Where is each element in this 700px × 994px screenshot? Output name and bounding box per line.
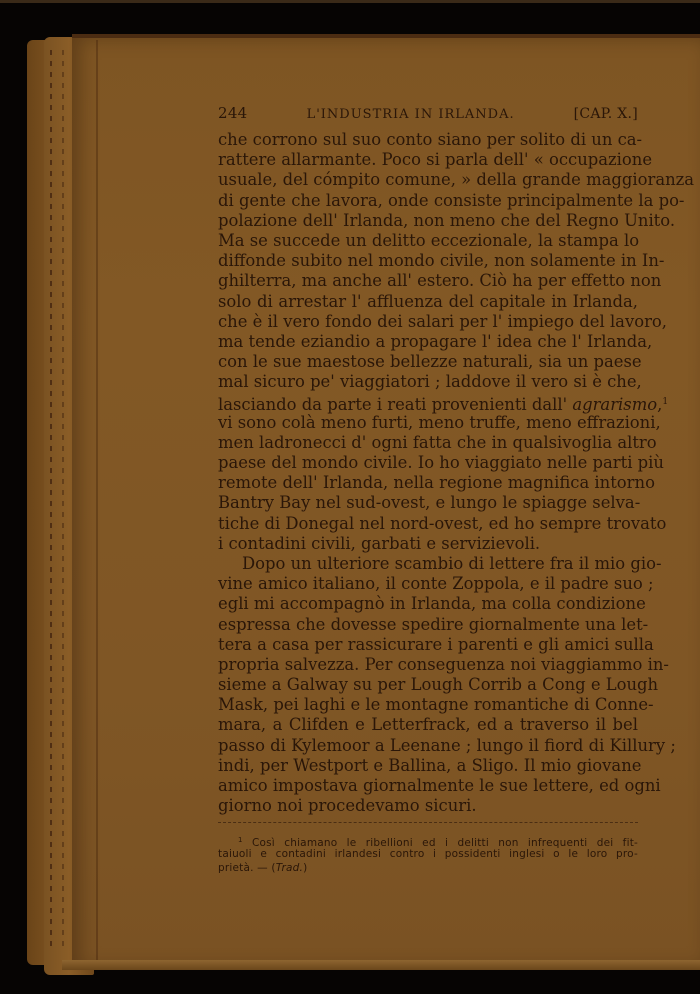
text-line: polazione dell' Irlanda, non meno che de… [218, 211, 638, 231]
text-line-with-italic: lasciando da parte i reati provenienti d… [218, 392, 638, 412]
text-line: Dopo un ulteriore scambio di lettere fra… [218, 554, 638, 574]
text-line: rattere allarmante. Poco si parla dell' … [218, 150, 638, 170]
text-line: Mask, pei laghi e le montagne romantiche… [218, 695, 638, 715]
text-line: che corrono sul suo conto siano per soli… [218, 130, 638, 150]
text-line: ma tende eziandio a propagare l' idea ch… [218, 332, 638, 352]
text-line: mara, a Clifden e Letterfrack, ed a trav… [218, 715, 638, 735]
running-title: L'INDUSTRIA IN IRLANDA. [307, 107, 515, 122]
text-line: sieme a Galway su per Lough Corrib a Con… [218, 675, 638, 695]
footnote-marker: 1 [238, 836, 243, 844]
text-fragment: lasciando da parte i reati provenienti d… [218, 395, 572, 414]
text-line: egli mi accompagnò in Irlanda, ma colla … [218, 594, 638, 614]
paragraph-2: Dopo un ulteriore scambio di lettere fra… [218, 554, 638, 816]
text-line: vine amico italiano, il conte Zoppola, e… [218, 574, 638, 594]
text-line: usuale, del cómpito comune, » della gran… [218, 170, 638, 190]
text-line: amico impostava giornalmente le sue lett… [218, 776, 638, 796]
page-number: 244 [218, 104, 248, 122]
top-strip [0, 0, 700, 3]
text-line: remote dell' Irlanda, nella regione magn… [218, 473, 638, 493]
footnote-line: taiuoli e contadini irlandesi contro i p… [218, 847, 638, 861]
text-line: giorno noi procedevamo sicuri. [218, 796, 638, 816]
text-block: 244 L'INDUSTRIA IN IRLANDA. [CAP. X.] ch… [218, 104, 638, 875]
edge-stain-line [50, 50, 52, 950]
footnote-reference[interactable]: 1 [662, 397, 668, 407]
footnote-line: prietà. — (Trad.) [218, 861, 638, 875]
footnote-text: ) [303, 862, 307, 874]
text-line: Bantry Bay nel sud-ovest, e lungo le spi… [218, 493, 638, 513]
text-line: tiche di Donegal nel nord-ovest, ed ho s… [218, 514, 638, 534]
text-line: di gente che lavora, onde consiste princ… [218, 191, 638, 211]
running-head: 244 L'INDUSTRIA IN IRLANDA. [CAP. X.] [218, 104, 638, 130]
paragraph-1: che corrono sul suo conto siano per soli… [218, 130, 638, 554]
text-line: paese del mondo civile. Io ho viaggiato … [218, 453, 638, 473]
edge-stain-line [62, 50, 64, 950]
text-line: Ma se succede un delitto eccezionale, la… [218, 231, 638, 251]
text-line: solo di arrestar l' affluenza del capita… [218, 292, 638, 312]
scanned-book-page: 244 L'INDUSTRIA IN IRLANDA. [CAP. X.] ch… [0, 0, 700, 994]
gutter-line [96, 40, 98, 960]
text-line: diffonde subito nel mondo civile, non so… [218, 251, 638, 271]
text-line: espressa che dovesse spedire giornalment… [218, 615, 638, 635]
text-line: con le sue maestose bellezze naturali, s… [218, 352, 638, 372]
chapter-label: [CAP. X.] [574, 106, 638, 122]
footnote-divider [218, 822, 638, 823]
text-line: ghilterra, ma anche all' estero. Ciò ha … [218, 271, 638, 291]
text-line: indi, per Westport e Ballina, a Sligo. I… [218, 756, 638, 776]
text-line: mal sicuro pe' viaggiatori ; laddove il … [218, 372, 638, 392]
text-line: tera a casa per rassicurare i parenti e … [218, 635, 638, 655]
footnote-text: prietà. — ( [218, 862, 276, 874]
text-line: i contadini civili, garbati e servizievo… [218, 534, 638, 554]
footnote-line: 1 Così chiamano le ribellioni ed i delit… [218, 833, 638, 847]
italic-term: agrarismo [572, 395, 657, 414]
footnote: 1 Così chiamano le ribellioni ed i delit… [218, 833, 638, 875]
text-line: men ladronecci d' ogni fatta che in qual… [218, 433, 638, 453]
text-line: propria salvezza. Per conseguenza noi vi… [218, 655, 638, 675]
page-bottom-edge [62, 960, 700, 970]
text-line: che è il vero fondo dei salari per l' im… [218, 312, 638, 332]
text-line: passo di Kylemoor a Leenane ; lungo il f… [218, 736, 638, 756]
text-line: vi sono colà meno furti, meno truffe, me… [218, 413, 638, 433]
translator-note: Trad. [276, 862, 303, 874]
